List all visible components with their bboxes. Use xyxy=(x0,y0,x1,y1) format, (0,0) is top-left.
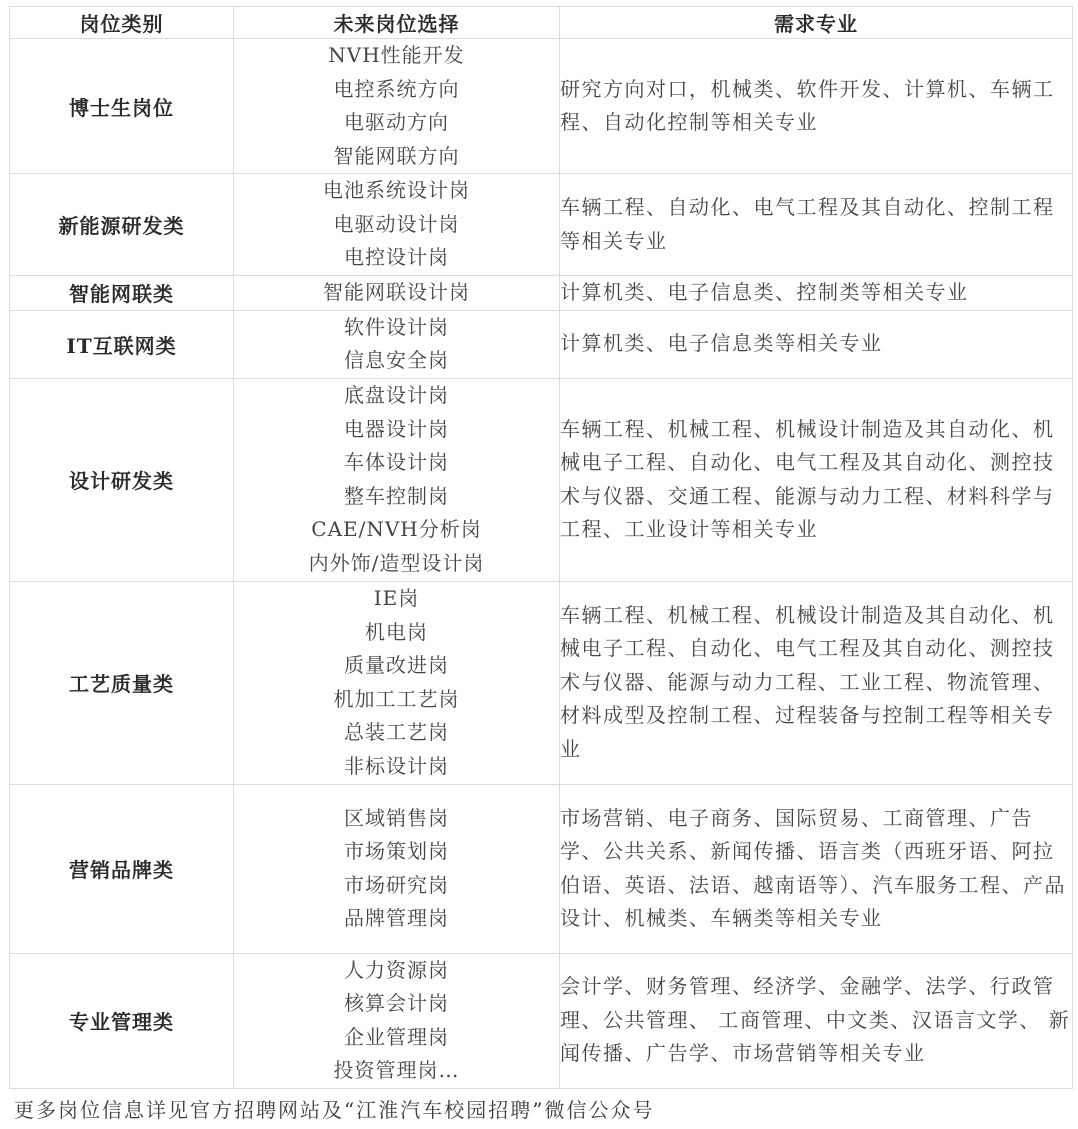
position-item: 电器设计岗 xyxy=(234,413,559,447)
positions-cell: IE岗 机电岗 质量改进岗 机加工工艺岗 总装工艺岗 非标设计岗 xyxy=(234,581,560,784)
position-item: 整车控制岗 xyxy=(234,480,559,514)
position-item: 投资管理岗… xyxy=(234,1054,559,1088)
position-item: 电控系统方向 xyxy=(234,73,559,107)
position-item: 智能网联设计岗 xyxy=(234,276,559,310)
position-item: 市场策划岗 xyxy=(234,835,559,869)
table-row: 设计研发类 底盘设计岗 电器设计岗 车体设计岗 整车控制岗 CAE/NVH分析岗… xyxy=(10,378,1073,581)
header-majors: 需求专业 xyxy=(560,7,1073,39)
position-item: CAE/NVH分析岗 xyxy=(234,513,559,547)
position-item: 电池系统设计岗 xyxy=(234,174,559,208)
category-cell: IT互联网类 xyxy=(10,310,234,378)
majors-cell: 市场营销、电子商务、国际贸易、工商管理、广告学、公共关系、新闻传播、语言类（西班… xyxy=(560,784,1073,953)
position-item: 企业管理岗 xyxy=(234,1021,559,1055)
table-row: IT互联网类 软件设计岗 信息安全岗 计算机类、电子信息类等相关专业 xyxy=(10,310,1073,378)
majors-cell: 车辆工程、机械工程、机械设计制造及其自动化、机械电子工程、自动化、电气工程及其自… xyxy=(560,581,1073,784)
positions-cell: 底盘设计岗 电器设计岗 车体设计岗 整车控制岗 CAE/NVH分析岗 内外饰/造… xyxy=(234,378,560,581)
category-cell: 博士生岗位 xyxy=(10,39,234,174)
table-row: 智能网联类 智能网联设计岗 计算机类、电子信息类、控制类等相关专业 xyxy=(10,276,1073,311)
position-item: 总装工艺岗 xyxy=(234,716,559,750)
positions-cell: 智能网联设计岗 xyxy=(234,276,560,311)
majors-cell: 车辆工程、自动化、电气工程及其自动化、控制工程等相关专业 xyxy=(560,174,1073,276)
position-item: 电控设计岗 xyxy=(234,241,559,275)
position-item: 人力资源岗 xyxy=(234,954,559,988)
category-cell: 新能源研发类 xyxy=(10,174,234,276)
category-cell: 营销品牌类 xyxy=(10,784,234,953)
category-cell: 工艺质量类 xyxy=(10,581,234,784)
position-item: 软件设计岗 xyxy=(234,311,559,345)
position-item: 电驱动方向 xyxy=(234,106,559,140)
category-cell: 设计研发类 xyxy=(10,378,234,581)
table-row: 博士生岗位 NVH性能开发 电控系统方向 电驱动方向 智能网联方向 研究方向对口… xyxy=(10,39,1073,174)
positions-cell: 人力资源岗 核算会计岗 企业管理岗 投资管理岗… xyxy=(234,953,560,1088)
position-item: 内外饰/造型设计岗 xyxy=(234,547,559,581)
position-item: IE岗 xyxy=(234,582,559,616)
position-item: 质量改进岗 xyxy=(234,649,559,683)
position-item: 非标设计岗 xyxy=(234,750,559,784)
majors-cell: 计算机类、电子信息类等相关专业 xyxy=(560,310,1073,378)
positions-cell: 电池系统设计岗 电驱动设计岗 电控设计岗 xyxy=(234,174,560,276)
table-row: 专业管理类 人力资源岗 核算会计岗 企业管理岗 投资管理岗… 会计学、财务管理、… xyxy=(10,953,1073,1088)
position-item: 电驱动设计岗 xyxy=(234,208,559,242)
position-item: 底盘设计岗 xyxy=(234,379,559,413)
position-item: 区域销售岗 xyxy=(234,802,559,836)
table-row: 工艺质量类 IE岗 机电岗 质量改进岗 机加工工艺岗 总装工艺岗 非标设计岗 车… xyxy=(10,581,1073,784)
footer-note: 更多岗位信息详见官方招聘网站及“江淮汽车校园招聘”微信公众号 xyxy=(14,1094,654,1123)
position-item: 信息安全岗 xyxy=(234,344,559,378)
table-row: 营销品牌类 区域销售岗 市场策划岗 市场研究岗 品牌管理岗 市场营销、电子商务、… xyxy=(10,784,1073,953)
position-item: 机加工工艺岗 xyxy=(234,683,559,717)
position-item: 核算会计岗 xyxy=(234,987,559,1021)
header-positions: 未来岗位选择 xyxy=(234,7,560,39)
positions-cell: 软件设计岗 信息安全岗 xyxy=(234,310,560,378)
header-category: 岗位类别 xyxy=(10,7,234,39)
table-header-row: 岗位类别 未来岗位选择 需求专业 xyxy=(10,7,1073,39)
category-cell: 智能网联类 xyxy=(10,276,234,311)
position-item: NVH性能开发 xyxy=(234,39,559,73)
category-cell: 专业管理类 xyxy=(10,953,234,1088)
table-row: 新能源研发类 电池系统设计岗 电驱动设计岗 电控设计岗 车辆工程、自动化、电气工… xyxy=(10,174,1073,276)
position-item: 智能网联方向 xyxy=(234,140,559,174)
job-positions-table: 岗位类别 未来岗位选择 需求专业 博士生岗位 NVH性能开发 电控系统方向 电驱… xyxy=(9,6,1073,1089)
position-item: 品牌管理岗 xyxy=(234,902,559,936)
majors-cell: 会计学、财务管理、经济学、金融学、法学、行政管理、公共管理、 工商管理、中文类、… xyxy=(560,953,1073,1088)
positions-cell: NVH性能开发 电控系统方向 电驱动方向 智能网联方向 xyxy=(234,39,560,174)
position-item: 市场研究岗 xyxy=(234,869,559,903)
position-item: 机电岗 xyxy=(234,616,559,650)
positions-cell: 区域销售岗 市场策划岗 市场研究岗 品牌管理岗 xyxy=(234,784,560,953)
majors-cell: 车辆工程、机械工程、机械设计制造及其自动化、机械电子工程、自动化、电气工程及其自… xyxy=(560,378,1073,581)
majors-cell: 研究方向对口，机械类、软件开发、计算机、车辆工程、自动化控制等相关专业 xyxy=(560,39,1073,174)
position-item: 车体设计岗 xyxy=(234,446,559,480)
majors-cell: 计算机类、电子信息类、控制类等相关专业 xyxy=(560,276,1073,311)
